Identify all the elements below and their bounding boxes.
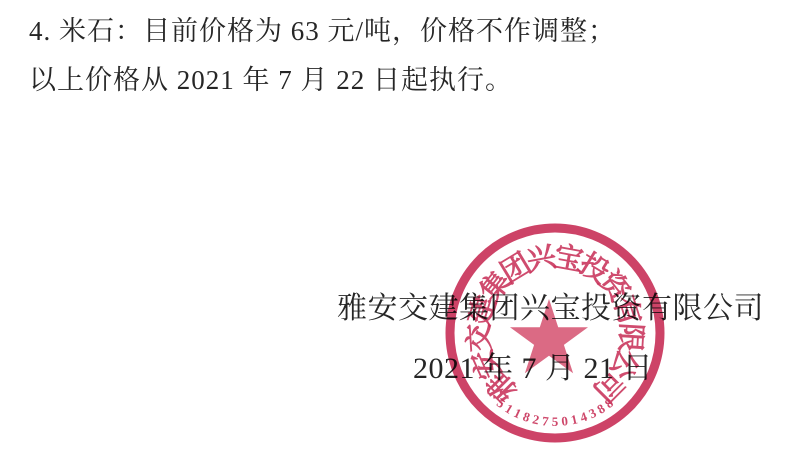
effective-date-line: 以上价格从 2021 年 7 月 22 日起执行。 <box>29 58 513 97</box>
seal-ring-circle <box>450 228 660 438</box>
seal-serial-digit: 2 <box>531 411 541 427</box>
seal-serial-digit: 5 <box>552 414 559 429</box>
seal-serial-digit: 3 <box>586 405 599 422</box>
document-page: 4. 米石：目前价格为 63 元/吨，价格不作调整； 以上价格从 2021 年 … <box>0 0 800 456</box>
signature-company-name: 雅安交建集团兴宝投资有限公司 <box>337 283 764 327</box>
seal-serial-digit: 4 <box>578 408 589 424</box>
price-line-mishi: 4. 米石：目前价格为 63 元/吨，价格不作调整； <box>29 9 616 48</box>
seal-serial-digit: 1 <box>502 401 515 417</box>
seal-ring-char: 宝 <box>551 240 585 278</box>
seal-serial-digit: 0 <box>561 413 569 429</box>
seal-serial-digit: 7 <box>541 413 550 429</box>
official-seal: 雅安交建集团兴宝投资有限公司5118275014388 <box>435 213 675 453</box>
seal-ring-char: 兴 <box>524 241 559 278</box>
seal-serial-digit: 1 <box>511 405 523 421</box>
seal-serial-digit: 8 <box>594 400 608 416</box>
seal-serial-digit: 8 <box>602 395 617 411</box>
signature-date: 2021 年 7 月 21 日 <box>413 343 653 387</box>
seal-serial-digit: 8 <box>521 409 532 425</box>
seal-serial-digit: 1 <box>569 411 579 427</box>
seal-serial-digit: 5 <box>494 395 509 411</box>
